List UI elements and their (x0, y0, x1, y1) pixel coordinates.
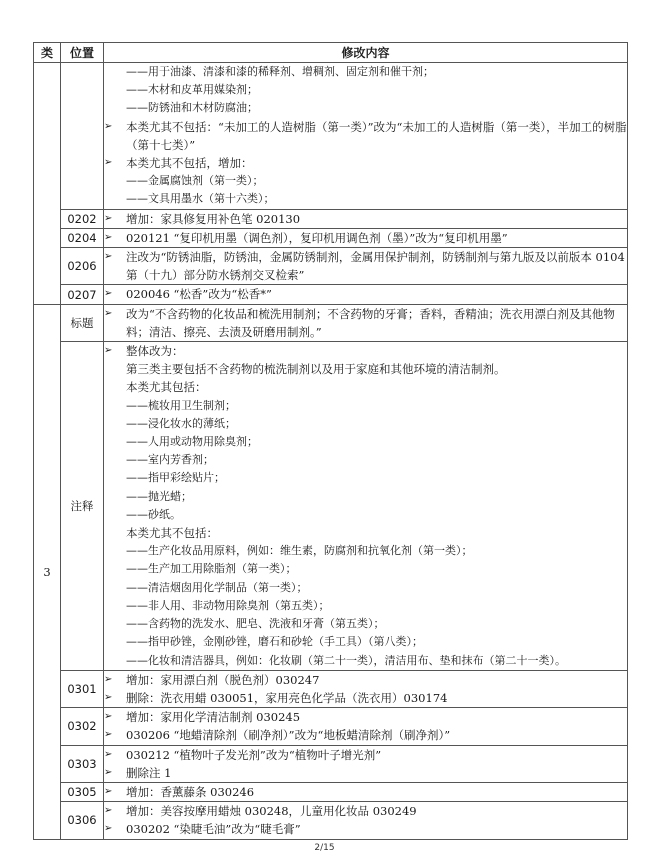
arrowhead-bullet-icon: ➢ (104, 726, 126, 744)
position-cell: 0206 (61, 248, 104, 285)
table-row: 0302 ➢增加：家用化学清洁制剂 030245 ➢030206 “地蜡清除剂（… (34, 708, 628, 745)
table-row: 0202 ➢增加：家具修复用补色笔 020130 (34, 209, 628, 228)
header-content: 修改内容 (104, 43, 628, 63)
bullet-item: ➢ 本类尤其不包括，增加： (104, 154, 627, 172)
arrowhead-bullet-icon: ➢ (104, 285, 126, 303)
position-cell: 0306 (61, 802, 104, 839)
table-row-continuation: ——用于油漆、清漆和漆的稀释剂、增稠剂、固定剂和催干剂； ——木材和皮革用媒染剂… (34, 63, 628, 210)
bullet-item: ➢删除注 1 (104, 764, 627, 782)
position-cell-empty (61, 63, 104, 210)
plain-line: 第三类主要包括不含药物的梳洗制剂以及用于家庭和其他环境的清洁制剂。 (104, 360, 627, 378)
bullet-item: ➢030212 “植物叶子发光剂”改为“植物叶子增光剂” (104, 746, 627, 764)
bullet-item: ➢030206 “地蜡清除剂（刷净剂）”改为“地板蜡清除剂（刷净剂）” (104, 726, 627, 744)
position-cell: 0207 (61, 285, 104, 304)
dash-line: ——用于油漆、清漆和漆的稀释剂、增稠剂、固定剂和催干剂； (104, 63, 627, 81)
content-cell: ➢020121 “复印机用墨（调色剂），复印机用调色剂（墨）”改为“复印机用墨” (104, 228, 628, 247)
bullet-item: ➢ 本类尤其不包括：“未加工的人造树脂（第一类）”改为“未加工的人造树脂（第一类… (104, 118, 627, 154)
dash-line: ——防锈油和木材防腐油； (104, 99, 627, 117)
bullet-item: ➢增加：家用漂白剂（脱色剂）030247 (104, 671, 627, 689)
bullet-item: ➢增加：家具修复用补色笔 020130 (104, 210, 627, 228)
dash-line: ——指甲砂锉，金刚砂锉，磨石和砂轮（手工具）（第八类）； (104, 633, 627, 651)
bullet-item: ➢整体改为： (104, 342, 627, 360)
table-row-notes: 注释 ➢整体改为： 第三类主要包括不含药物的梳洗制剂以及用于家庭和其他环境的清洁… (34, 342, 628, 671)
bullet-item: ➢增加：美容按摩用蜡烛 030248，儿童用化妆品 030249 (104, 802, 627, 820)
table-row-title: 3 标题 ➢改为“不含药物的化妆品和梳洗用制剂；不含药物的牙膏；香料，香精油；洗… (34, 304, 628, 341)
bullet-item: ➢改为“不含药物的化妆品和梳洗用制剂；不含药物的牙膏；香料，香精油；洗衣用漂白剂… (104, 305, 627, 341)
dash-line: ——砂纸。 (104, 506, 627, 524)
bullet-item: ➢增加：家用化学清洁制剂 030245 (104, 708, 627, 726)
bullet-item: ➢注改为“防锈油脂，防锈油，金属防锈制剂，金属用保护制剂，防锈制剂与第九版及以前… (104, 248, 627, 284)
position-cell: 0302 (61, 708, 104, 745)
arrowhead-bullet-icon: ➢ (104, 671, 126, 689)
content-cell: ➢030212 “植物叶子发光剂”改为“植物叶子增光剂” ➢删除注 1 (104, 745, 628, 782)
arrowhead-bullet-icon: ➢ (104, 764, 126, 782)
table-row: 0305 ➢增加：香薰藤条 030246 (34, 782, 628, 801)
bullet-item: ➢020046 “松香”改为“松香*” (104, 285, 627, 303)
arrowhead-bullet-icon: ➢ (104, 248, 126, 266)
class-cell-2 (34, 63, 61, 305)
dash-line: ——梳妆用卫生制剂； (104, 397, 627, 415)
content-cell: ➢改为“不含药物的化妆品和梳洗用制剂；不含药物的牙膏；香料，香精油；洗衣用漂白剂… (104, 304, 628, 341)
dash-line: ——清洁烟囱用化学制品（第一类）； (104, 579, 627, 597)
content-cell: ➢增加：家用化学清洁制剂 030245 ➢030206 “地蜡清除剂（刷净剂）”… (104, 708, 628, 745)
content-cell: ——用于油漆、清漆和漆的稀释剂、增稠剂、固定剂和催干剂； ——木材和皮革用媒染剂… (104, 63, 628, 210)
dash-line: ——抛光蜡； (104, 488, 627, 506)
plain-line: 本类尤其不包括： (104, 524, 627, 542)
dash-line: ——文具用墨水（第十六类）； (104, 190, 627, 208)
arrowhead-bullet-icon: ➢ (104, 689, 126, 707)
position-cell: 0305 (61, 782, 104, 801)
page-number: 2/15 (0, 843, 649, 853)
table-row: 0206 ➢注改为“防锈油脂，防锈油，金属防锈制剂，金属用保护制剂，防锈制剂与第… (34, 248, 628, 285)
table-row: 0207 ➢020046 “松香”改为“松香*” (34, 285, 628, 304)
arrowhead-bullet-icon: ➢ (104, 229, 126, 247)
arrowhead-bullet-icon: ➢ (104, 783, 126, 801)
arrowhead-bullet-icon: ➢ (104, 342, 126, 360)
bullet-item: ➢030202 “染睫毛油”改为“睫毛膏” (104, 820, 627, 838)
arrowhead-bullet-icon: ➢ (104, 708, 126, 726)
bullet-item: ➢删除：洗衣用蜡 030051，家用亮色化学品（洗衣用）030174 (104, 689, 627, 707)
content-cell: ➢020046 “松香”改为“松香*” (104, 285, 628, 304)
position-cell: 注释 (61, 342, 104, 671)
document-page: 类 位置 修改内容 ——用于油漆、清漆和漆的稀释剂、增稠剂、固定剂和催干剂； —… (0, 0, 649, 858)
table-row: 0303 ➢030212 “植物叶子发光剂”改为“植物叶子增光剂” ➢删除注 1 (34, 745, 628, 782)
arrowhead-bullet-icon: ➢ (104, 118, 126, 136)
header-position: 位置 (61, 43, 104, 63)
arrowhead-bullet-icon: ➢ (104, 154, 126, 172)
table-header-row: 类 位置 修改内容 (34, 43, 628, 63)
dash-line: ——木材和皮革用媒染剂； (104, 81, 627, 99)
dash-line: ——生产化妆品用原料，例如：维生素，防腐剂和抗氧化剂（第一类）； (104, 542, 627, 560)
position-cell: 0303 (61, 745, 104, 782)
content-cell: ➢注改为“防锈油脂，防锈油，金属防锈制剂，金属用保护制剂，防锈制剂与第九版及以前… (104, 248, 628, 285)
arrowhead-bullet-icon: ➢ (104, 820, 126, 838)
dash-line: ——含药物的洗发水、肥皂、洗液和牙膏（第五类）； (104, 615, 627, 633)
arrowhead-bullet-icon: ➢ (104, 210, 126, 228)
dash-line: ——室内芳香剂； (104, 451, 627, 469)
position-cell: 标题 (61, 304, 104, 341)
plain-line: 本类尤其包括： (104, 378, 627, 396)
position-cell: 0301 (61, 670, 104, 707)
dash-line: ——化妆和清洁器具，例如：化妆刷（第二十一类），清洁用布、垫和抹布（第二十一类）… (104, 652, 627, 670)
dash-line: ——非人用、非动物用除臭剂（第五类）； (104, 597, 627, 615)
table-row: 0306 ➢增加：美容按摩用蜡烛 030248，儿童用化妆品 030249 ➢0… (34, 802, 628, 839)
arrowhead-bullet-icon: ➢ (104, 305, 126, 323)
bullet-item: ➢020121 “复印机用墨（调色剂），复印机用调色剂（墨）”改为“复印机用墨” (104, 229, 627, 247)
bullet-item: ➢增加：香薰藤条 030246 (104, 783, 627, 801)
arrowhead-bullet-icon: ➢ (104, 746, 126, 764)
dash-line: ——浸化妆水的薄纸； (104, 415, 627, 433)
table-row: 0301 ➢增加：家用漂白剂（脱色剂）030247 ➢删除：洗衣用蜡 03005… (34, 670, 628, 707)
position-cell: 0202 (61, 209, 104, 228)
table-row: 0204 ➢020121 “复印机用墨（调色剂），复印机用调色剂（墨）”改为“复… (34, 228, 628, 247)
content-cell: ➢增加：家用漂白剂（脱色剂）030247 ➢删除：洗衣用蜡 030051，家用亮… (104, 670, 628, 707)
dash-line: ——人用或动物用除臭剂； (104, 433, 627, 451)
dash-line: ——生产加工用除脂剂（第一类）； (104, 560, 627, 578)
class-number-cell: 3 (34, 304, 61, 839)
position-cell: 0204 (61, 228, 104, 247)
dash-line: ——金属腐蚀剂（第一类）； (104, 172, 627, 190)
dash-line: ——指甲彩绘贴片； (104, 469, 627, 487)
header-class: 类 (34, 43, 61, 63)
content-cell: ➢增加：香薰藤条 030246 (104, 782, 628, 801)
content-cell: ➢整体改为： 第三类主要包括不含药物的梳洗制剂以及用于家庭和其他环境的清洁制剂。… (104, 342, 628, 671)
content-cell: ➢增加：家具修复用补色笔 020130 (104, 209, 628, 228)
arrowhead-bullet-icon: ➢ (104, 802, 126, 820)
amendment-table: 类 位置 修改内容 ——用于油漆、清漆和漆的稀释剂、增稠剂、固定剂和催干剂； —… (33, 42, 628, 840)
content-cell: ➢增加：美容按摩用蜡烛 030248，儿童用化妆品 030249 ➢030202… (104, 802, 628, 839)
